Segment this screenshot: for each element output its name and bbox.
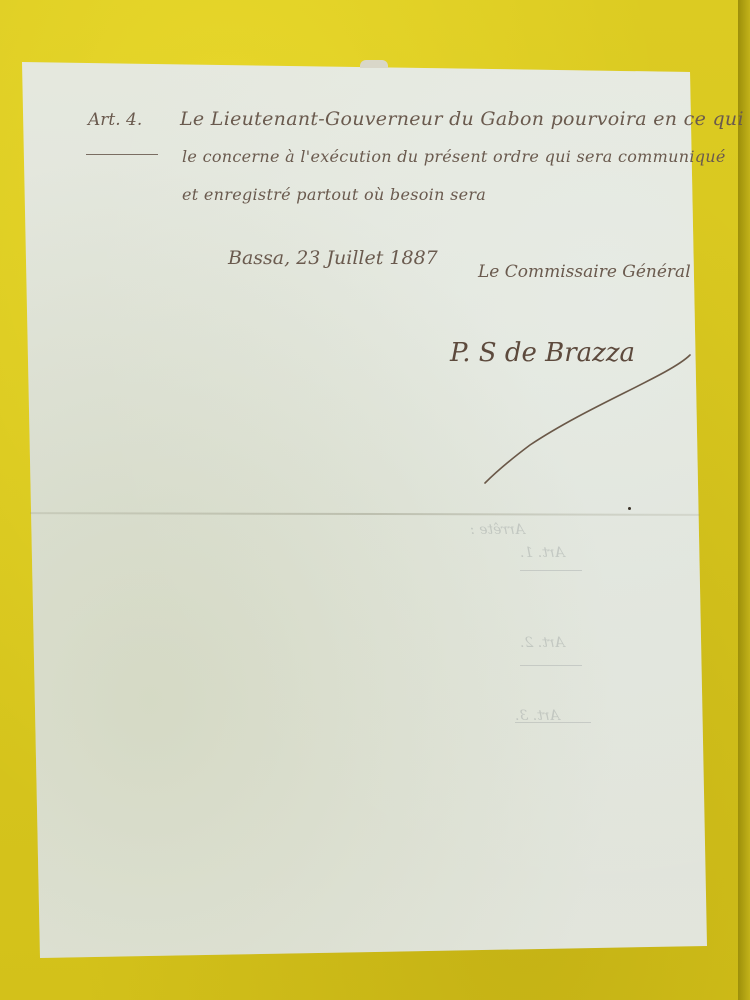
body-line-3: et enregistré partout où besoin sera [182, 185, 486, 204]
bleed-through-art-2: Art. 2. [520, 635, 565, 651]
bleed-through-arrete: Arrête : [470, 522, 525, 538]
paper-tab [360, 60, 388, 68]
body-line-2: le concerne à l'exécution du présent ord… [182, 147, 726, 166]
bleed-rule [520, 665, 582, 666]
article-underline [86, 154, 158, 155]
bleed-rule [515, 722, 591, 723]
document-sheet: Arrête : Art. 1. Art. 2. Art. 3. Art. 4.… [0, 0, 750, 1000]
bleed-rule [520, 570, 582, 571]
place-date: Bassa, 23 Juillet 1887 [228, 247, 438, 269]
bleed-through-art-1: Art. 1. [520, 545, 565, 561]
signature-flourish [470, 345, 700, 495]
pinhole [628, 507, 631, 510]
article-label: Art. 4. [88, 110, 142, 130]
signatory-title: Le Commissaire Général [478, 262, 691, 282]
body-line-1: Le Lieutenant-Gouverneur du Gabon pourvo… [180, 108, 744, 130]
